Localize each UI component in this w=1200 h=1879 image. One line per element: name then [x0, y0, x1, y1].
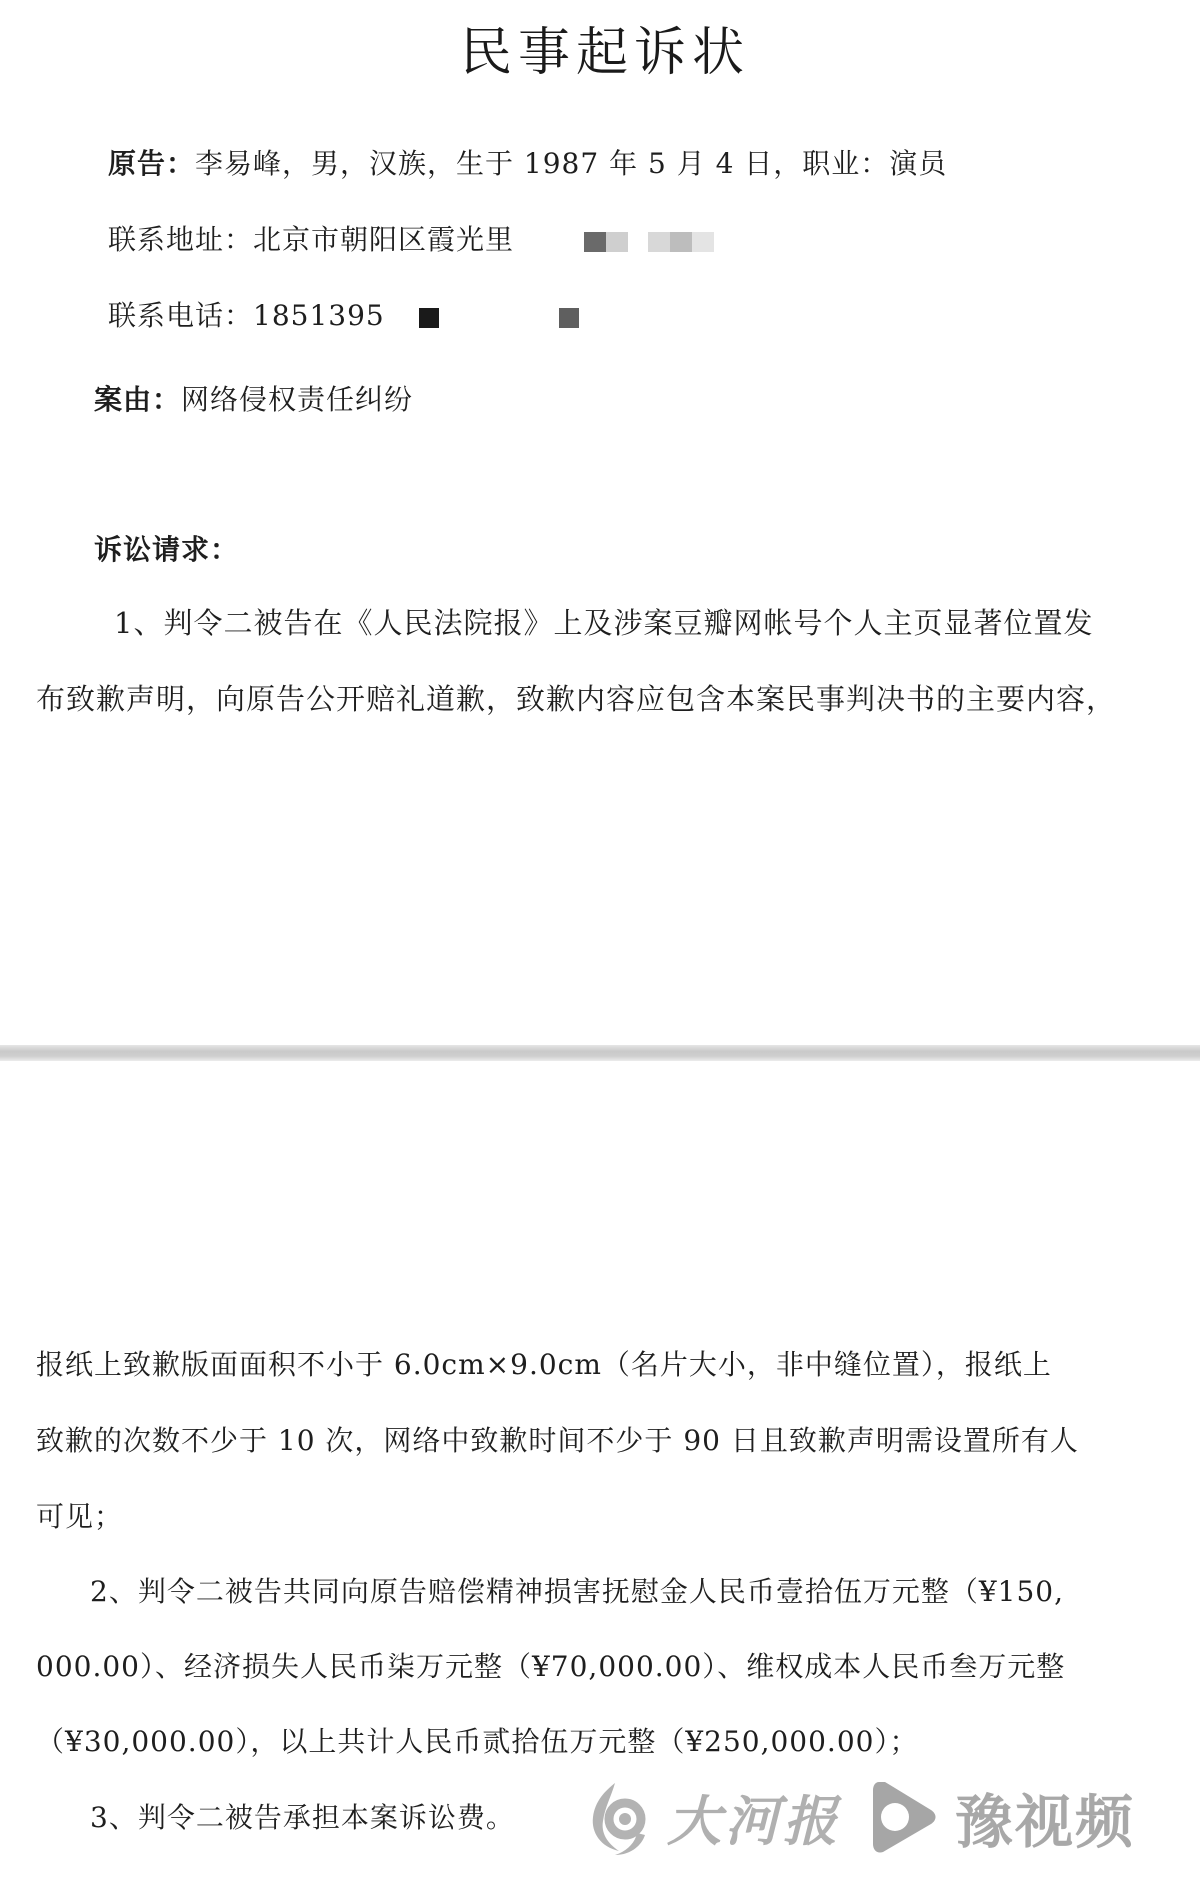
phone-label: 联系电话： [108, 299, 253, 332]
watermark-brand-1: 大河报 [667, 1779, 841, 1856]
dahebao-logo-icon [585, 1777, 657, 1857]
cause-line: 案由：网络侵权责任纠纷 [94, 382, 413, 418]
phone-redaction [415, 299, 579, 332]
claim-1-line-4: 致歉的次数不少于 10 次，网络中致歉时间不少于 90 日且致歉声明需设置所有人 [36, 1423, 1079, 1459]
address-redaction [584, 223, 714, 256]
cause-value: 网络侵权责任纠纷 [181, 383, 413, 416]
document-page-1: 民事起诉状 原告：李易峰，男，汉族，生于 1987 年 5 月 4 日，职业：演… [0, 0, 1200, 1045]
watermark-brand-2: 豫视频 [955, 1775, 1135, 1859]
plaintiff-value: 李易峰，男，汉族，生于 1987 年 5 月 4 日，职业：演员 [195, 147, 947, 180]
document-page-2: 报纸上致歉版面面积不小于 6.0cm×9.0cm（名片大小，非中缝位置），报纸上… [0, 1062, 1200, 1879]
address-label: 联系地址： [108, 223, 253, 256]
play-triangle-icon [871, 1776, 937, 1858]
claim-1-line-1: 1、判令二被告在《人民法院报》上及涉案豆瓣网帐号个人主页显著位置发 [114, 605, 1093, 641]
claim-1-line-2: 布致歉声明，向原告公开赔礼道歉，致歉内容应包含本案民事判决书的主要内容， [36, 681, 1116, 717]
claim-1-line-5: 可见； [36, 1499, 123, 1535]
claim-2-line-1: 2、判令二被告共同向原告赔偿精神损害抚慰金人民币壹拾伍万元整（¥150, [90, 1574, 1064, 1610]
watermark: 大河报 豫视频 [585, 1772, 1135, 1862]
claim-2-line-3: （¥30,000.00），以上共计人民币贰拾伍万元整（¥250,000.00）； [36, 1724, 918, 1760]
cause-label: 案由： [94, 383, 181, 416]
claim-2-line-2: 000.00）、经济损失人民币柒万元整（¥70,000.00）、维权成本人民币叁… [36, 1649, 1065, 1685]
document-title: 民事起诉状 [0, 20, 1200, 86]
claim-1-line-3: 报纸上致歉版面面积不小于 6.0cm×9.0cm（名片大小，非中缝位置），报纸上 [36, 1347, 1052, 1383]
address-line: 联系地址：北京市朝阳区霞光里 [108, 222, 714, 258]
page-divider [0, 1045, 1200, 1061]
claims-heading: 诉讼请求： [94, 532, 239, 568]
address-value: 北京市朝阳区霞光里 [253, 223, 514, 256]
plaintiff-line: 原告：李易峰，男，汉族，生于 1987 年 5 月 4 日，职业：演员 [108, 146, 947, 182]
phone-value: 1851395 [253, 299, 385, 332]
claim-3-line: 3、判令二被告承担本案诉讼费。 [90, 1800, 515, 1836]
plaintiff-label: 原告： [108, 147, 195, 180]
phone-line: 联系电话：1851395 [108, 298, 579, 334]
